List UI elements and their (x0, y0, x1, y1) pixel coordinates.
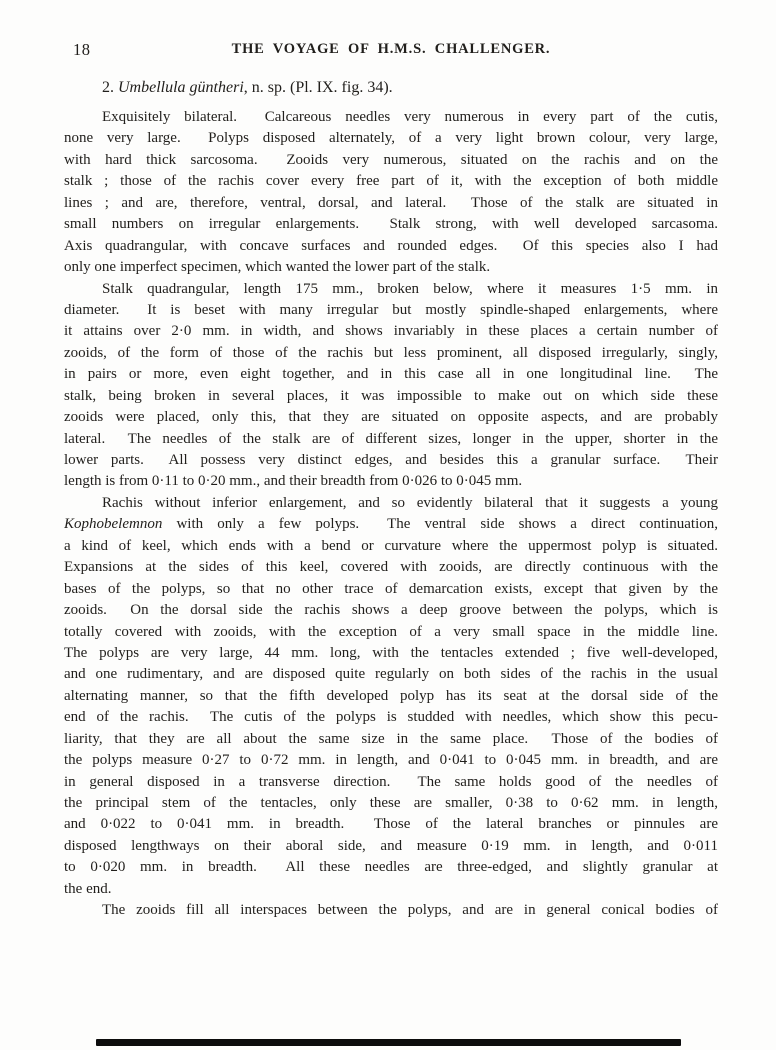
text-line: length is from 0·11 to 0·20 mm., and the… (64, 471, 718, 492)
page-header: 18 THE VOYAGE OF H.M.S. CHALLENGER. (64, 40, 718, 60)
text-line: Axis quadrangular, with concave surfaces… (64, 236, 718, 257)
text-line: lower parts. All possess very distinct e… (64, 450, 718, 471)
text-line: Rachis without inferior enlargement, and… (64, 493, 718, 514)
text-line: with hard thick sarcosoma. Zooids very n… (64, 150, 718, 171)
text-line: lateral. The needles of the stalk are of… (64, 429, 718, 450)
book-page: 18 THE VOYAGE OF H.M.S. CHALLENGER. 2. U… (0, 0, 776, 1050)
text-line: stalk, being broken in several places, i… (64, 386, 718, 407)
text-line: the polyps measure 0·27 to 0·72 mm. in l… (64, 750, 718, 771)
text-line: in pairs or more, even eight together, a… (64, 364, 718, 385)
text-line: none very large. Polyps disposed alterna… (64, 128, 718, 149)
text-line: zooids. On the dorsal side the rachis sh… (64, 600, 718, 621)
species-heading: 2. Umbellula güntheri, n. sp. (Pl. IX. f… (102, 79, 393, 97)
text-line: stalk ; those of the rachis cover every … (64, 171, 718, 192)
scan-artifact-bar (96, 1039, 681, 1046)
text-line: Stalk quadrangular, length 175 mm., brok… (64, 279, 718, 300)
text-line: Expansions at the sides of this keel, co… (64, 557, 718, 578)
text-line: The polyps are very large, 44 mm. long, … (64, 643, 718, 664)
text-line: alternating manner, so that the fifth de… (64, 686, 718, 707)
text-line: diameter. It is beset with many irregula… (64, 300, 718, 321)
text-line: Exquisitely bilateral. Calcareous needle… (64, 107, 718, 128)
running-title: THE VOYAGE OF H.M.S. CHALLENGER. (64, 41, 718, 58)
text-line: small numbers on irregular enlargements.… (64, 214, 718, 235)
text-line: only one imperfect specimen, which wante… (64, 257, 718, 278)
text-line: liarity, that they are all about the sam… (64, 729, 718, 750)
paragraph: Rachis without inferior enlargement, and… (64, 493, 718, 900)
body-text: Exquisitely bilateral. Calcareous needle… (64, 107, 718, 922)
text-line: a kind of keel, which ends with a bend o… (64, 536, 718, 557)
text-line: the principal stem of the tentacles, onl… (64, 793, 718, 814)
text-line: and 0·022 to 0·041 mm. in breadth. Those… (64, 814, 718, 835)
text-line: totally covered with zooids, with the ex… (64, 622, 718, 643)
text-line: bases of the polyps, so that no other tr… (64, 579, 718, 600)
text-line: to 0·020 mm. in breadth. All these needl… (64, 857, 718, 878)
text-line: Kophobelemnon with only a few polyps. Th… (64, 514, 718, 535)
text-line: The zooids fill all interspaces between … (64, 900, 718, 921)
text-line: the end. (64, 879, 718, 900)
text-line: end of the rachis. The cutis of the poly… (64, 707, 718, 728)
paragraph: The zooids fill all interspaces between … (64, 900, 718, 921)
text-line: and one rudimentary, and are disposed qu… (64, 664, 718, 685)
text-line: zooids were placed, only this, that they… (64, 407, 718, 428)
paragraph: Exquisitely bilateral. Calcareous needle… (64, 107, 718, 279)
text-line: zooids, of the form of those of the rach… (64, 343, 718, 364)
paragraph: Stalk quadrangular, length 175 mm., brok… (64, 279, 718, 493)
text-line: disposed lengthways on their aboral side… (64, 836, 718, 857)
text-line: lines ; and are, therefore, ventral, dor… (64, 193, 718, 214)
text-line: it attains over 2·0 mm. in width, and sh… (64, 321, 718, 342)
text-line: in general disposed in a transverse dire… (64, 772, 718, 793)
